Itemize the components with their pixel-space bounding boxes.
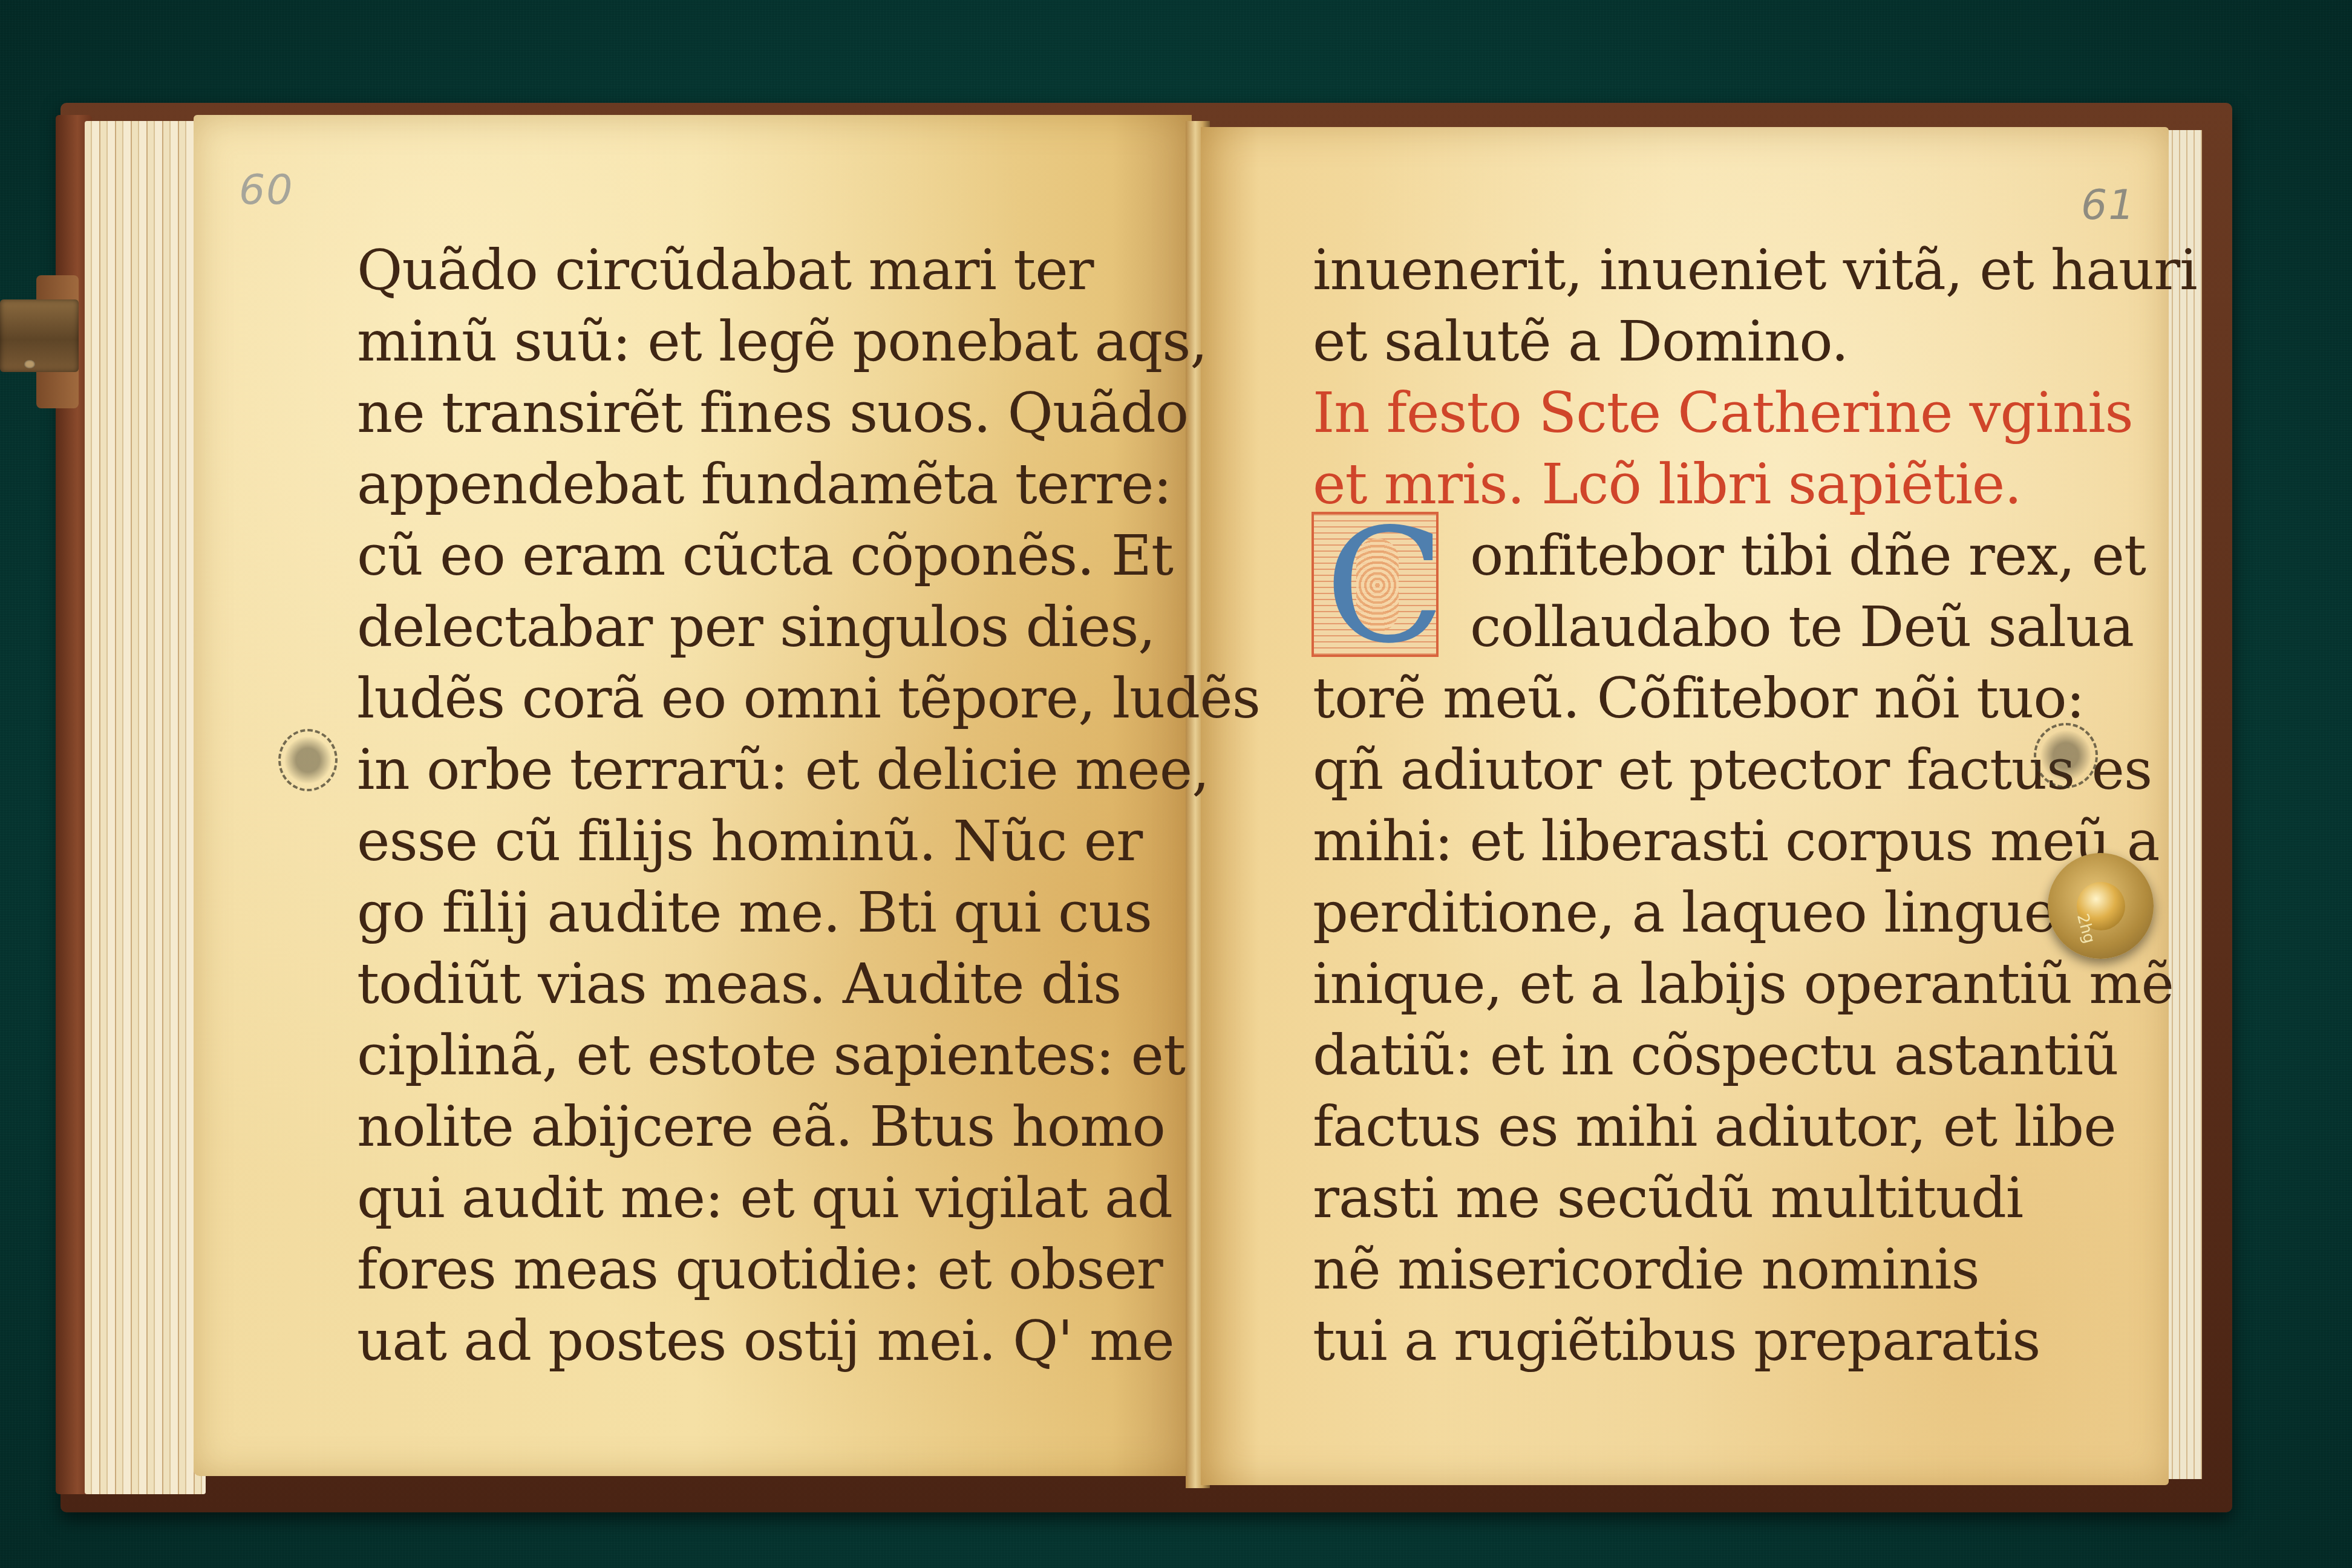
text-line: onfitebor tibi dñe rex, et — [1313, 520, 2197, 592]
text-line: in orbe terrarũ: et delicie mee, — [357, 734, 1260, 806]
text-line: minũ suũ: et legẽ ponebat aqs, — [357, 306, 1260, 377]
text-line: go filij audite me. Bti qui cus — [357, 877, 1260, 949]
text-line: esse cũ filijs hominũ. Nũc er — [357, 806, 1260, 877]
rubric-heading-line: In festo Scte Catherine vginis — [1313, 377, 2197, 449]
text-line: collaudabo te Deũ salua — [1313, 592, 2197, 663]
text-line: ne transirẽt fines suos. Quãdo — [357, 377, 1260, 449]
clasp-rivet-icon — [24, 360, 35, 368]
text-line: inuenerit, inueniet vitã, et hauri — [1313, 235, 2197, 306]
library-stamp-left-icon — [278, 729, 338, 791]
text-line: ciplinã, et estote sapientes: et — [357, 1020, 1260, 1091]
book-clasp — [0, 275, 79, 426]
initial-letter: C — [1325, 502, 1445, 671]
library-stamp-right-icon — [2034, 723, 2098, 788]
folio-number-left: 60 — [239, 166, 294, 214]
text-line: todiũt vias meas. Audite dis — [357, 949, 1260, 1020]
left-page-stack — [85, 121, 206, 1494]
text-line: ludẽs corã eo omni tẽpore, ludẽs — [357, 663, 1260, 734]
clasp-metal-plate — [0, 299, 79, 372]
folio-number-right: 61 — [2081, 181, 2136, 229]
text-line: inique, et a labijs operantiũ mẽ — [1313, 949, 2197, 1020]
text-line: fores meas quotidie: et obser — [357, 1234, 1260, 1305]
text-line: nẽ misericordie nominis — [1313, 1234, 2197, 1305]
rubric-heading-line: et mris. Lcõ libri sapiẽtie. — [1313, 449, 2197, 520]
text-line: Quãdo circũdabat mari ter — [357, 235, 1260, 306]
brass-weight: 2hg — [2048, 853, 2154, 959]
text-line: appendebat fundamẽta terre: — [357, 449, 1260, 520]
text-line: nolite abijcere eã. Btus homo — [357, 1091, 1260, 1163]
text-line: qui audit me: et qui vigilat ad — [357, 1163, 1260, 1234]
text-line: datiũ: et in cõspectu astantiũ — [1313, 1020, 2197, 1091]
right-page-text: inuenerit, inueniet vitã, et hauri et sa… — [1313, 235, 2197, 1377]
text-line: delectabar per singulos dies, — [357, 592, 1260, 663]
text-line: uat ad postes ostij mei. Q' me — [357, 1305, 1260, 1377]
text-line: factus es mihi adiutor, et libe — [1313, 1091, 2197, 1163]
text-line: tui a rugiẽtibus preparatis — [1313, 1305, 2197, 1377]
text-line: et salutẽ a Domino. — [1313, 306, 2197, 377]
text-line: cũ eo eram cũcta cõponẽs. Et — [357, 520, 1260, 592]
left-page-text: Quãdo circũdabat mari ter minũ suũ: et l… — [357, 235, 1260, 1377]
illuminated-initial: C — [1312, 512, 1439, 657]
text-line: rasti me secũdũ multitudi — [1313, 1163, 2197, 1234]
